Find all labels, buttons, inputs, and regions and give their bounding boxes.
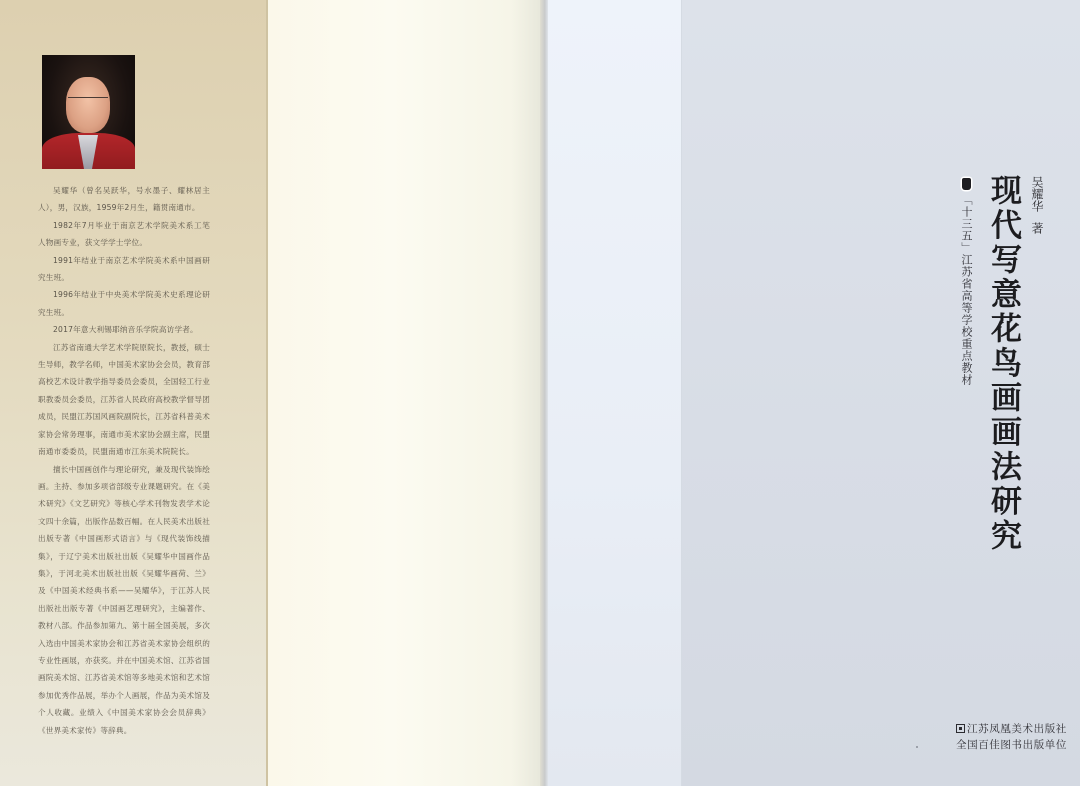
bio-paragraph: 江苏省南通大学艺术学院原院长，教授，硕士生导师，教学名师，中国美术家协会会员，教… — [38, 339, 210, 461]
bio-paragraph: 1991年结业于南京艺术学院美术系中国画研究生班。 — [38, 252, 210, 287]
bookmark-icon — [962, 178, 971, 190]
paper-speck — [916, 746, 918, 748]
series-label: 「十三五」江苏省高等学校重点教材 — [958, 178, 974, 390]
author-credit: 吴耀华著 — [1030, 176, 1044, 234]
publisher-imprint: 江苏凤凰美术出版社 全国百佳图书出版单位 — [956, 721, 1067, 753]
bio-paragraph: 1982年7月毕业于南京艺术学院美术系工笔人物画专业，获文学学士学位。 — [38, 217, 210, 252]
author-role: 著 — [1030, 222, 1044, 234]
endpaper — [268, 0, 544, 786]
publisher-name: 江苏凤凰美术出版社 — [967, 723, 1067, 735]
blank-leaf — [548, 0, 682, 786]
publisher-seal-icon — [956, 724, 965, 733]
photo-glasses — [68, 97, 108, 106]
bio-paragraph: 1996年结业于中央美术学院美术史系理论研究生班。 — [38, 286, 210, 321]
spine-gutter — [540, 0, 548, 786]
author-photo — [42, 55, 135, 169]
series-text: 「十三五」江苏省高等学校重点教材 — [958, 194, 974, 386]
author-bio: 吴耀华（曾名吴跃华，号水墨子、耀林居主人），男，汉族，1959年2月生，籍贯南通… — [38, 182, 210, 739]
bio-paragraph: 吴耀华（曾名吴跃华，号水墨子、耀林居主人），男，汉族，1959年2月生，籍贯南通… — [38, 182, 210, 217]
bio-paragraph: 擅长中国画创作与理论研究，兼及现代装饰绘画。主持、参加多项省部级专业课题研究。在… — [38, 461, 210, 740]
book-flap: 吴耀华（曾名吴跃华，号水墨子、耀林居主人），男，汉族，1959年2月生，籍贯南通… — [0, 0, 268, 786]
publisher-line-2: 全国百佳图书出版单位 — [956, 737, 1067, 753]
author-name: 吴耀华 — [1030, 176, 1044, 212]
bio-paragraph: 2017年意大利锡耶纳音乐学院高访学者。 — [38, 321, 210, 338]
publisher-line-1: 江苏凤凰美术出版社 — [956, 721, 1067, 737]
book-title: 现代写意花鸟画画法研究 — [986, 174, 1020, 554]
